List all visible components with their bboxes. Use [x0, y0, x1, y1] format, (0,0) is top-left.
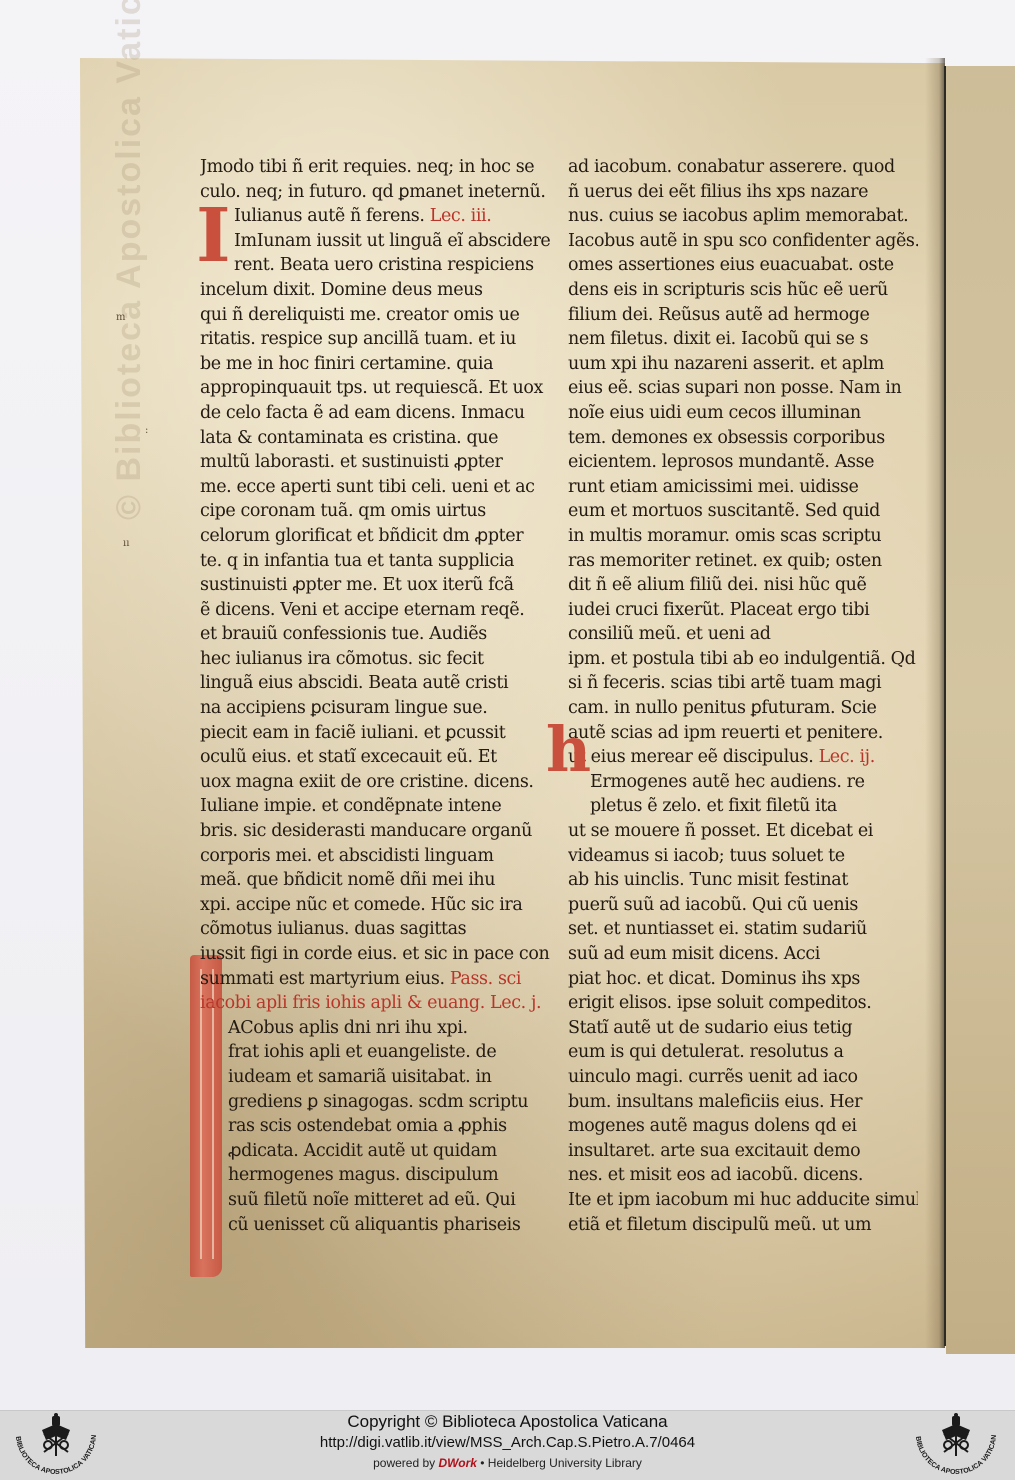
vatican-library-seal-icon: BIBLIOTECA APOSTOLICA VATICANA: [908, 1412, 1004, 1476]
text-line: suũ filetũ noĩe mitteret ad eũ. Qui: [200, 1188, 550, 1213]
text-line: iudei cruci fixerũt. Placeat ergo tibi: [568, 598, 918, 623]
text-line: de celo facta ẽ ad eam dicens. Inmacu: [200, 401, 550, 426]
text-line: corporis mei. et abscidisti linguam: [200, 844, 550, 869]
text-line: Iuliane impie. et condẽpnate intene: [200, 794, 550, 819]
text-block: I Jmodo tibi ñ erit requies. neq; in hoc…: [200, 155, 920, 1165]
text-line: sustinuisti ꝓpter me. Et uox iterũ fcã: [200, 573, 550, 598]
rubric-passio-title: Pass. sci: [450, 969, 521, 989]
text-line: etiã et filetum discipulũ meũ. ut um: [568, 1213, 918, 1238]
text-line: suũ ad eum misit dicens. Acci: [568, 942, 918, 967]
text-line: ẽ dicens. Veni et accipe eternam reqẽ.: [200, 598, 550, 623]
text-line: cam. in nullo penitus ꝑfuturam. Scie: [568, 696, 918, 721]
text-line: cõmotus iulianus. duas sagittas: [200, 917, 550, 942]
text-line: eum et mortuos suscitantẽ. Sed quid: [568, 499, 918, 524]
text-line: dens eis in scripturis scis hũc eẽ uerũ: [568, 278, 918, 303]
text-line: noĩe eius uidi eum cecos illuminan: [568, 401, 918, 426]
text-line: meã. que bñdicit nomẽ dñi mei ihu: [200, 868, 550, 893]
rubric-passio-title-line: iacobi apli fris iohis apli & euang. Lec…: [200, 991, 550, 1016]
text-line: piecit eam in faciẽ iuliani. et ꝑcussit: [200, 721, 550, 746]
text-line: nes. et misit eos ad iacobũ. dicens.: [568, 1163, 918, 1188]
text-line: lata & contaminata es cristina. que: [200, 426, 550, 451]
text-line: mogenes autẽ magus dolens qd ei: [568, 1114, 918, 1139]
text-line: Ite et ipm iacobum mi huc adducite simul: [568, 1188, 918, 1213]
copyright-footer: Copyright © Biblioteca Apostolica Vatica…: [0, 1410, 1015, 1480]
rubric-lectio-3: Lec. iii.: [430, 206, 492, 226]
text-line: cipe coronam tuã. qm omis uirtus: [200, 499, 550, 524]
rubric-lectio-2: Lec. ij.: [819, 747, 875, 767]
text-line: tem. demones ex obsessis corporibus: [568, 426, 918, 451]
text-line: na accipiens ꝑcisuram lingue sue.: [200, 696, 550, 721]
text-line: ras scis ostendebat omia a ꝓphis: [200, 1114, 550, 1139]
watermark: © Biblioteca Apostolica Vaticana RESERVE…: [110, 0, 149, 520]
margin-mark: ıı: [123, 538, 129, 549]
text-line: pletus ẽ zelo. et fixit filetũ ita: [568, 794, 918, 819]
text-line: xpi. accipe nũc et comede. Hũc sic ira: [200, 893, 550, 918]
text-line: iussit figi in corde eius. et sic in pac…: [200, 942, 550, 967]
dwork-brand: DWork: [438, 1456, 476, 1470]
text-line: uum xpi ihu nazareni asserit. et aplm: [568, 352, 918, 377]
text-line: Ermogenes autẽ hec audiens. re: [568, 770, 918, 795]
text-line: hermogenes magus. discipulum: [200, 1163, 550, 1188]
text-line: ab his uinclis. Tunc misit festinat: [568, 868, 918, 893]
text-line: bum. insultans maleficiis eius. Her: [568, 1090, 918, 1115]
text-line: be me in hoc finiri certamine. quia: [200, 352, 550, 377]
text-line: consiliũ meũ. et ueni ad: [568, 622, 918, 647]
text-line: Iacobus autẽ in spu sco confidenter agẽs…: [568, 229, 918, 254]
margin-mark: m: [116, 312, 125, 323]
text-line: si ñ feceris. scias tibi artẽ tuam magi: [568, 671, 918, 696]
text-line: rent. Beata uero cristina respiciens: [200, 253, 550, 278]
text-line: Jmodo tibi ñ erit requies. neq; in hoc s…: [200, 155, 550, 180]
text-line: eicientem. leprosos mundantẽ. Asse: [568, 450, 918, 475]
right-column: h ad iacobum. conabatur asserere. quod ñ…: [568, 155, 918, 1237]
text-line: frat iohis apli et euangeliste. de: [200, 1040, 550, 1065]
facing-folio-edge: [946, 66, 1015, 1354]
text-line: piat hoc. et dicat. Dominus ihs xps: [568, 967, 918, 992]
text-line: culo. neq; in futuro. qd ꝑmanet ineternũ…: [200, 180, 550, 205]
text-line: et brauiũ confessionis tue. Audiẽs: [200, 622, 550, 647]
margin-mark: :: [145, 425, 148, 436]
text-line: linguã eius abscidi. Beata autẽ cristi: [200, 671, 550, 696]
text-line: grediens ꝑ sinagogas. scdm scriptu: [200, 1090, 550, 1115]
text-line: uinculo magi. currẽs uenit ad iaco: [568, 1065, 918, 1090]
text-line: filium dei. Reũsus autẽ ad hermoge: [568, 303, 918, 328]
text-line: erigit elisos. ipse soluit compeditos.: [568, 991, 918, 1016]
text-line: videamus si iacob; tuus soluet te: [568, 844, 918, 869]
text-line: qui ñ dereliquisti me. creator omis ue: [200, 303, 550, 328]
text-line: Iulianus autẽ ñ ferens. Lec. iii.: [200, 204, 550, 229]
text-line: set. et nuntiasset ei. statim sudariũ: [568, 917, 918, 942]
powered-by: powered by DWork • Heidelberg University…: [0, 1456, 1015, 1470]
text-line: ut eius merear eẽ discipulus. Lec. ij.: [568, 745, 918, 770]
text-line: dit ñ eẽ alium filiũ dei. nisi hũc quẽ: [568, 573, 918, 598]
text-line: nem filetus. dixit ei. Iacobũ qui se s: [568, 327, 918, 352]
text-line: in multis moramur. omis scas scriptu: [568, 524, 918, 549]
text-line: ut se mouere ñ posset. Et dicebat ei: [568, 819, 918, 844]
text-line: summati est martyrium eius. Pass. sci: [200, 967, 550, 992]
text-line: oculũ eius. et statĩ excecauit eũ. Et: [200, 745, 550, 770]
text-line: ad iacobum. conabatur asserere. quod: [568, 155, 918, 180]
text-line: puerũ suũ ad iacobũ. Qui cũ uenis: [568, 893, 918, 918]
text-line: ritatis. respice sup ancillã tuam. et iu: [200, 327, 550, 352]
text-line: ACobus aplis dni nri ihu xpi.: [200, 1016, 550, 1041]
text-line: incelum dixit. Domine deus meus: [200, 278, 550, 303]
red-initial-h: h: [546, 719, 591, 781]
text-line: eius eẽ. scias supari non posse. Nam in: [568, 376, 918, 401]
text-line: uox magna exiit de ore cristine. dicens.: [200, 770, 550, 795]
text-line: Statĩ autẽ ut de sudario eius tetig: [568, 1016, 918, 1041]
text-line: te. q in infantia tua et tanta supplicia: [200, 549, 550, 574]
text-line: me. ecce aperti sunt tibi celi. ueni et …: [200, 475, 550, 500]
text-line: appropinquauit tps. ut requiescã. Et uox: [200, 376, 550, 401]
text-line: eum is qui detulerat. resolutus a: [568, 1040, 918, 1065]
copyright-text: Copyright © Biblioteca Apostolica Vatica…: [0, 1412, 1015, 1432]
text-line: autẽ scias ad ipm reuerti et penitere.: [568, 721, 918, 746]
permalink-url[interactable]: http://digi.vatlib.it/view/MSS_Arch.Cap.…: [0, 1434, 1015, 1451]
text-line: multũ laborasti. et sustinuisti ꝓpter: [200, 450, 550, 475]
scan-viewport: © Biblioteca Apostolica Vaticana RESERVE…: [0, 0, 1015, 1410]
text-line: ipm. et postula tibi ab eo indulgentiã. …: [568, 647, 918, 672]
text-line: ImIunam iussit ut linguã eĩ absciderent.: [200, 229, 550, 254]
text-line: cũ uenisset cũ aliquantis phariseis: [200, 1213, 550, 1238]
text-line: bris. sic desiderasti manducare organũ: [200, 819, 550, 844]
text-line: hec iulianus ira cõmotus. sic fecit: [200, 647, 550, 672]
text-line: ras memoriter retinet. ex quib; osten: [568, 549, 918, 574]
text-line: celorum glorificat et bñdicit dm ꝓpter: [200, 524, 550, 549]
text-line: iudeam et samariã uisitabat. in: [200, 1065, 550, 1090]
gutter-shadow: [925, 58, 945, 1348]
text-line: ñ uerus dei eẽt filius ihs xps nazare: [568, 180, 918, 205]
text-line: ꝓdicata. Accidit autẽ ut quidam: [200, 1139, 550, 1164]
left-column: Jmodo tibi ñ erit requies. neq; in hoc s…: [200, 155, 550, 1237]
text-line: omes assertiones eius euacuabat. oste: [568, 253, 918, 278]
text-line: insultaret. arte sua excitauit demo: [568, 1139, 918, 1164]
text-line: nus. cuius se iacobus aplim memorabat.: [568, 204, 918, 229]
text-line: runt etiam amicissimi mei. uidisse: [568, 475, 918, 500]
vatican-library-seal-icon: BIBLIOTECA APOSTOLICA VATICANA: [8, 1412, 104, 1476]
